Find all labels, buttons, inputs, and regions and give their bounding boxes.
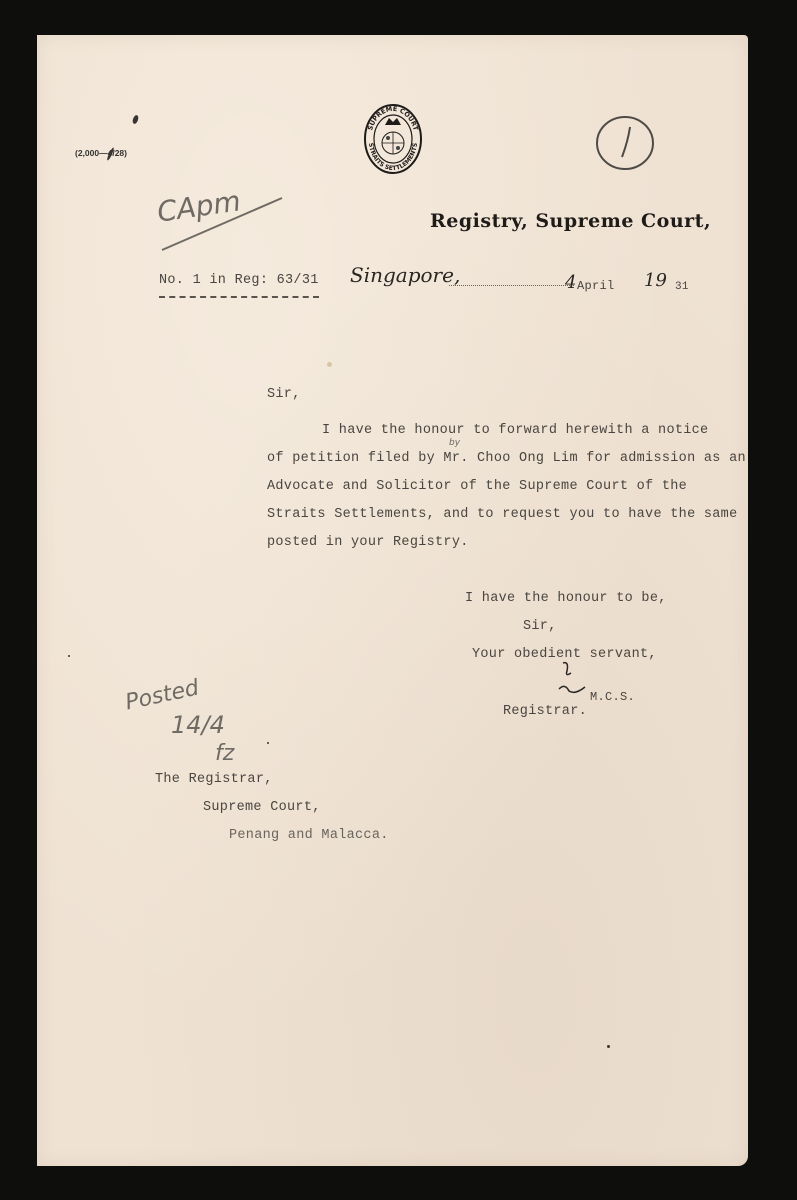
closing-line-2: Sir, xyxy=(523,619,557,634)
date-day: 4 xyxy=(565,272,576,293)
date-year-suffix: 31 xyxy=(675,281,689,293)
print-code: (2,000—4/28) xyxy=(75,148,127,158)
folio-number-circle-icon xyxy=(592,109,658,175)
paper-speck xyxy=(68,655,70,657)
addressee-line-2: Supreme Court, xyxy=(203,800,321,815)
posted-initials: fz xyxy=(215,741,234,766)
body-line-4: Straits Settlements, and to request you … xyxy=(267,507,737,522)
place: Singapore, xyxy=(350,263,460,287)
reference-number: No. 1 in Reg: 63/31 xyxy=(159,273,319,288)
posted-annotation: Posted xyxy=(123,676,201,716)
registrar-title: Registrar. xyxy=(503,704,587,719)
date-year-prefix: 19 xyxy=(644,270,667,291)
ink-blot xyxy=(132,114,140,124)
body-line-5: posted in your Registry. xyxy=(267,535,469,550)
body-line-1: I have the honour to forward herewith a … xyxy=(322,423,708,438)
body-line-3: Advocate and Solicitor of the Supreme Co… xyxy=(267,479,687,494)
pencil-stroke xyxy=(157,195,287,255)
signature-mark xyxy=(555,659,595,699)
closing-line-1: I have the honour to be, xyxy=(465,591,667,606)
paper-speck xyxy=(327,362,332,367)
salutation: Sir, xyxy=(267,387,301,402)
signature-initials: M.C.S. xyxy=(590,690,635,704)
addressee-line-1: The Registrar, xyxy=(155,772,273,787)
reference-underline xyxy=(159,296,319,298)
letterhead: Registry, Supreme Court, xyxy=(430,210,711,232)
date-month: April xyxy=(577,279,615,293)
document-viewer: (2,000—4/28) SUPREME COURT STRAITS SETTL… xyxy=(0,0,797,1200)
paper-speck xyxy=(607,1045,610,1048)
insertion-mark: by xyxy=(449,438,460,448)
letter-page: (2,000—4/28) SUPREME COURT STRAITS SETTL… xyxy=(37,35,748,1166)
court-seal-icon: SUPREME COURT STRAITS SETTLEMENTS xyxy=(363,103,423,175)
date-dotted-line xyxy=(449,285,574,286)
paper-speck xyxy=(267,742,269,744)
addressee-line-3: Penang and Malacca. xyxy=(229,828,389,843)
posted-date: 14/4 xyxy=(171,711,225,739)
svg-text:SUPREME COURT: SUPREME COURT xyxy=(366,105,420,132)
body-line-2: of petition filed by Mr. Choo Ong Lim fo… xyxy=(267,451,746,466)
